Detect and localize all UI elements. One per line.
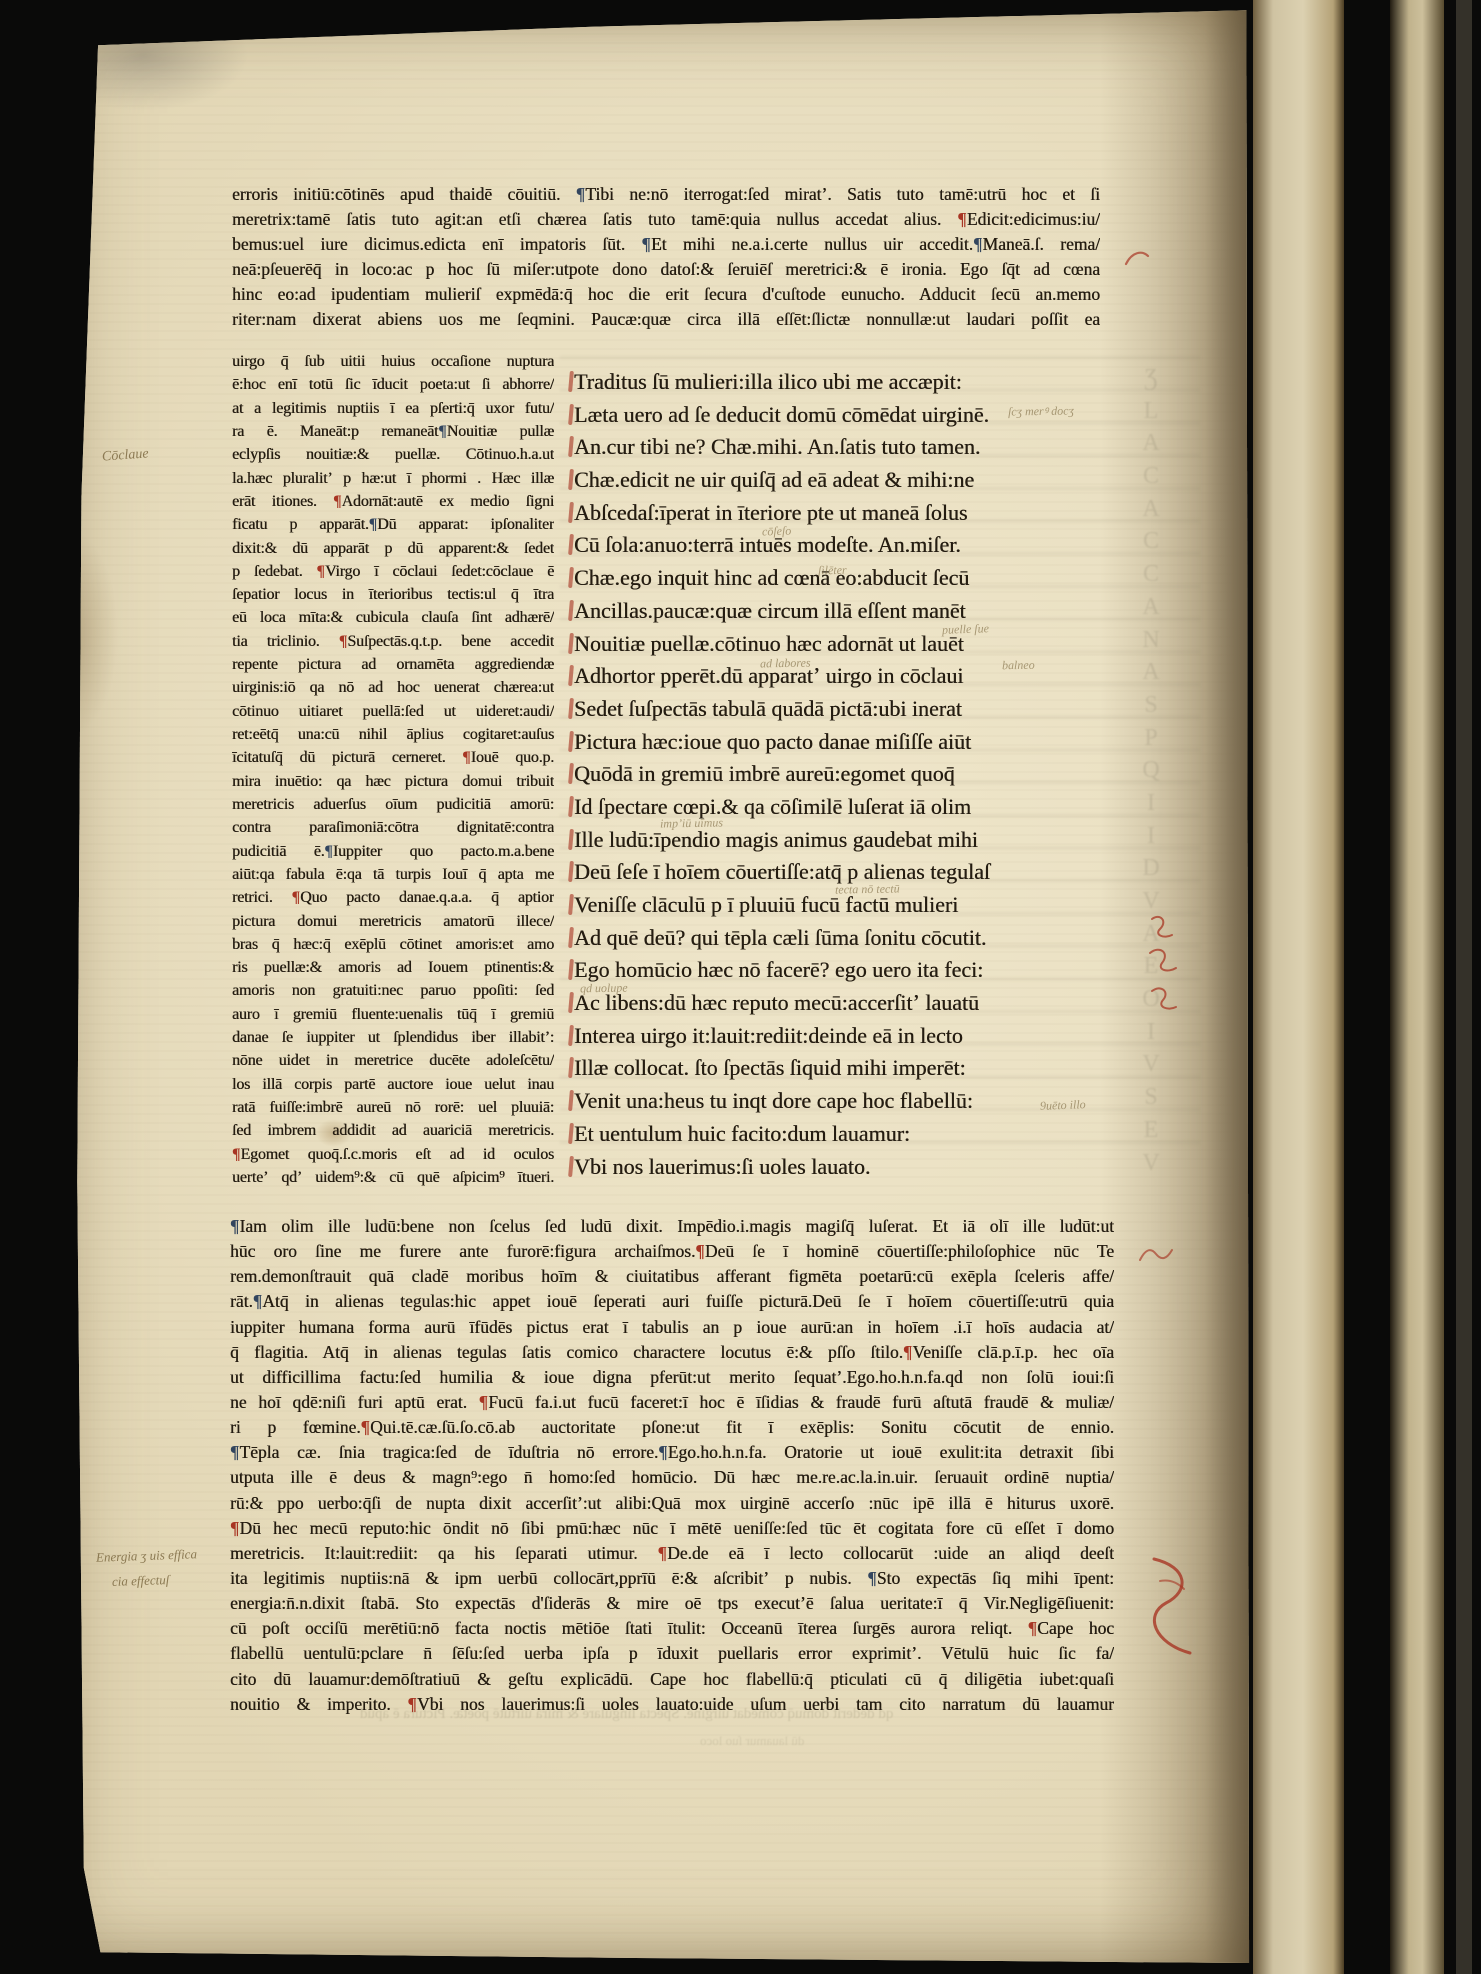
text-line: at a legitimis nuptiis ī ea pſerti:q̄ ux… bbox=[232, 397, 554, 420]
verse-line: Et uentulum huic facito:dum lauamur: bbox=[568, 1118, 1133, 1151]
verse-line: Pictura hæc:ioue quo pacto danae miſiſſe… bbox=[568, 726, 1133, 759]
blue-pilcrow: ¶ bbox=[658, 1442, 667, 1462]
text-line: meretricis aduerſus oīum pudicitiā amorū… bbox=[232, 793, 554, 816]
ghost-initial: C bbox=[1134, 558, 1168, 591]
scanned-book-spread: erroris initiū:cōtinēs apud thaidē cōuit… bbox=[0, 0, 1481, 1974]
verse-line: Ancillas.paucæ:quæ circum illā eſſent ma… bbox=[568, 595, 1133, 628]
ghost-initial: A bbox=[1134, 427, 1168, 460]
red-pilcrow: ¶ bbox=[361, 1417, 370, 1437]
text-line: rem.demonſtrauit quā cladē moribus hoīm … bbox=[230, 1264, 1114, 1289]
text-line: īcitatuſq̄ dū picturā cerneret. ¶Iouē qu… bbox=[232, 746, 554, 769]
text-line: danae ſe iuppiter ut ſplendidus iber ill… bbox=[232, 1026, 554, 1049]
main-verse-column: Traditus ſū mulieri:illa ilico ubi me ac… bbox=[568, 366, 1133, 1183]
ghost-initial: S bbox=[1134, 1081, 1168, 1114]
ghost-initial: V bbox=[1134, 1147, 1168, 1180]
text-line: ¶Dū hec mecū reputo:hic ōndit nō ſibi pm… bbox=[230, 1516, 1114, 1541]
text-line: tia triclinio. ¶Suſpectās.q.t.p. bene ac… bbox=[232, 630, 554, 653]
ghost-initial: I bbox=[1134, 820, 1168, 853]
text-line: ¶Egomet quoq̄.ſ.c.moris eſt ad id oculos bbox=[232, 1143, 554, 1166]
text-line: neā:pſeuerēq̄ in loco:ac p hoc ſū miſer:… bbox=[232, 257, 1100, 282]
blue-pilcrow: ¶ bbox=[973, 234, 982, 254]
ghost-initial: A bbox=[1134, 656, 1168, 689]
text-line: energia:n̄.n.dixit ſtabā. Sto expectās d… bbox=[230, 1591, 1114, 1616]
commentary-bottom-block: ¶Iam olim ille ludū:bene non ſcelus ſed … bbox=[230, 1214, 1114, 1717]
book-page: erroris initiū:cōtinēs apud thaidē cōuit… bbox=[60, 6, 1250, 1966]
text-line: meretrix:tamē ſatis tuto agit:an etſi ch… bbox=[232, 207, 1100, 232]
text-line: ne hoī qdē:niſi furi aptū erat. ¶Fucū fa… bbox=[230, 1390, 1114, 1415]
blue-pilcrow: ¶ bbox=[438, 423, 446, 440]
ghost-initial: P bbox=[1134, 722, 1168, 755]
verse-line: Chæ.ego inquit hinc ad cœnā eo:abducit ſ… bbox=[568, 562, 1133, 595]
show-through-initials: ƷLACACCANASPQIIDVAEOIVSEV bbox=[1134, 362, 1168, 1179]
verse-line: Illæ collocat. ſto ſpectās ſiquid mihi i… bbox=[568, 1052, 1133, 1085]
ghost-initial: S bbox=[1134, 689, 1168, 722]
text-line: flabellū uentulū:pclare n̄ ſēſu:ſed uerb… bbox=[230, 1641, 1114, 1666]
verse-line: Id ſpectare cœpi.& qa cōſimilē luſerat i… bbox=[568, 791, 1133, 824]
text-line: la.hæc pluralitʼ p hæ:ut ī phormi . Hæc … bbox=[232, 467, 554, 490]
ghost-initial: E bbox=[1134, 1114, 1168, 1147]
red-pilcrow: ¶ bbox=[1028, 1618, 1037, 1638]
blue-pilcrow: ¶ bbox=[324, 843, 332, 860]
verse-line: Adhortor pperēt.dū apparatʼ uirgo in cōc… bbox=[568, 660, 1133, 693]
red-pilcrow: ¶ bbox=[317, 563, 325, 580]
verse-line: An.cur tibi ne? Chæ.mihi. An.ſatis tuto … bbox=[568, 431, 1133, 464]
text-line: iuppiter humana forma aurū īfūdēs pictus… bbox=[230, 1315, 1114, 1340]
red-pilcrow: ¶ bbox=[658, 1543, 667, 1563]
text-line: ¶Iam olim ille ludū:bene non ſcelus ſed … bbox=[230, 1214, 1114, 1239]
verse-line: Nouitiæ puellæ.cōtinuo hæc adornāt ut la… bbox=[568, 628, 1133, 661]
red-pilcrow: ¶ bbox=[232, 1146, 240, 1163]
text-line: ris puellæ:& amoris ad Iouem ptinentis:& bbox=[232, 956, 554, 979]
red-ink-squiggle bbox=[1136, 1238, 1176, 1268]
red-ink-flourish bbox=[1144, 1551, 1198, 1661]
text-line: bemus:uel iure dicimus.edicta enī impato… bbox=[232, 232, 1100, 257]
text-line: ra ē. Maneāt:p remaneāt¶Nouitiæ pullæ bbox=[232, 420, 554, 443]
text-line: los illā corpis partē auctore ioue uelut… bbox=[232, 1073, 554, 1096]
interlinear-gloss: ſilēter bbox=[818, 563, 847, 578]
ghost-initial: Q bbox=[1134, 754, 1168, 787]
text-line: dixit:& dū apparāt p dū apparent:& ſedet bbox=[232, 537, 554, 560]
verse-line: Ad quē deū? qui tēpla cæli ſūma ſonitu c… bbox=[568, 922, 1133, 955]
text-line: meretricis. It:lauit:rediit: qa his ſepa… bbox=[230, 1541, 1114, 1566]
text-line: rū:& ppo uerbo:q̄ſi de nupta dixit accer… bbox=[230, 1491, 1114, 1516]
text-line: ſepatior locus in īterioribus tectis:ul … bbox=[232, 583, 554, 606]
text-line: repente pictura ad ornamēta aggrediendæ bbox=[232, 653, 554, 676]
red-pilcrow: ¶ bbox=[339, 633, 347, 650]
blue-pilcrow: ¶ bbox=[642, 234, 651, 254]
blue-pilcrow: ¶ bbox=[230, 1216, 239, 1236]
text-line: cito dū lauamur:demōſtratiuū & geſtu exp… bbox=[230, 1667, 1114, 1692]
inner-page-edge bbox=[1390, 0, 1444, 1974]
blue-pilcrow: ¶ bbox=[369, 516, 377, 533]
commentary-top-block: erroris initiū:cōtinēs apud thaidē cōuit… bbox=[232, 182, 1100, 332]
text-line: ri p fœmine.¶Qui.tē.cæ.ſū.ſo.cō.ab aucto… bbox=[230, 1415, 1114, 1440]
interlinear-gloss: impʼiū uīmus bbox=[660, 815, 723, 831]
verse-line: Quōdā in gremiū imbrē aureū:egomet quoq̄ bbox=[568, 758, 1133, 791]
red-pilcrow: ¶ bbox=[292, 889, 300, 906]
text-line: riter:nam dixerat abiens uos me ſeqmini.… bbox=[232, 307, 1100, 332]
text-line: pudicitiā ē.¶Iuppiter quo pacto.m.a.bene bbox=[232, 840, 554, 863]
text-line: ficatu p apparāt.¶Dū apparat: ipſonalite… bbox=[232, 513, 554, 536]
verse-line: Ac libens:dū hæc reputo mecū:accerſitʼ l… bbox=[568, 987, 1133, 1020]
verse-line: Abſcedaſ:īperat in īteriore pte ut maneā… bbox=[568, 497, 1133, 530]
text-line: erroris initiū:cōtinēs apud thaidē cōuit… bbox=[232, 182, 1100, 207]
blue-pilcrow: ¶ bbox=[230, 1442, 239, 1462]
blue-pilcrow: ¶ bbox=[867, 1568, 876, 1588]
verse-line: Vbi nos lauerimus:ſi uoles lauato. bbox=[568, 1151, 1133, 1184]
ghost-initial: I bbox=[1134, 787, 1168, 820]
text-line: amoris non gratuiti:nec paruo ppoſiti: ſ… bbox=[232, 979, 554, 1002]
text-line: auro ī gremiū fluente:uenalis tūq̄ ī gre… bbox=[232, 1003, 554, 1026]
verse-line: Traditus ſū mulieri:illa ilico ubi me ac… bbox=[568, 366, 1133, 399]
ghost-initial: Ʒ bbox=[1134, 362, 1168, 395]
interlinear-gloss: puelle ſue bbox=[942, 621, 989, 638]
red-ink-margin-script bbox=[1142, 911, 1186, 1031]
text-line: aiūt:qa fabula ē:qa tā turpis Iouī q̄ ap… bbox=[232, 863, 554, 886]
margin-note-conclave: Cōclaue bbox=[101, 446, 149, 465]
red-pilcrow: ¶ bbox=[333, 493, 341, 510]
red-pilcrow: ¶ bbox=[957, 209, 966, 229]
red-pilcrow: ¶ bbox=[903, 1342, 912, 1362]
blue-pilcrow: ¶ bbox=[253, 1291, 262, 1311]
facing-page-edge bbox=[1253, 0, 1344, 1974]
verse-line: Chæ.edicit ne uir quiſq̄ ad eā adeat & m… bbox=[568, 464, 1133, 497]
interlinear-gloss: tecta nō tectū bbox=[835, 881, 900, 897]
interlinear-gloss: cōſeſo bbox=[762, 523, 792, 539]
text-line: bras q̄ hæc:q̄ exēplū cōtinet amoris:et … bbox=[232, 933, 554, 956]
commentary-left-column: uirgo q̄ ſub uitii huius occaſione nuptu… bbox=[232, 350, 554, 1189]
ghost-initial: A bbox=[1134, 493, 1168, 526]
text-line: ita legitimis nuptiis:nā & ipm uerbū col… bbox=[230, 1566, 1114, 1591]
verse-line: Cū ſola:anuo:terrā intuēs modeſte. An.mi… bbox=[568, 529, 1133, 562]
ghost-initial: C bbox=[1134, 460, 1168, 493]
text-line: ret:eētq̄ una:cū nihil āplius cogitaret:… bbox=[232, 723, 554, 746]
verse-line: Ego homūcio hæc nō facerē? ego uero ita … bbox=[568, 954, 1133, 987]
text-line: cōtinuo uitiaret puellā:ſed ut uideret:a… bbox=[232, 700, 554, 723]
text-line: hinc eo:ad ipudentiam mulieriſ expmēdā:q… bbox=[232, 282, 1100, 307]
ghost-initial: A bbox=[1134, 591, 1168, 624]
text-line: hūc oro ſine me furere ante furorē:figur… bbox=[230, 1239, 1114, 1264]
interlinear-gloss: balneo bbox=[1002, 658, 1035, 674]
text-line: cū poſt occiſū merētiū:nō facta noctis m… bbox=[230, 1616, 1114, 1641]
red-pilcrow: ¶ bbox=[462, 749, 470, 766]
text-line: uirgo q̄ ſub uitii huius occaſione nuptu… bbox=[232, 350, 554, 373]
ghost-initial: V bbox=[1134, 1048, 1168, 1081]
ghost-initial: L bbox=[1134, 395, 1168, 428]
interlinear-gloss: ad labores bbox=[760, 656, 811, 672]
verse-line: Interea uirgo it:lauit:rediit:deinde eā … bbox=[568, 1020, 1133, 1053]
text-line: ē:hoc enī totū ſic īducit poeta:ut ſi ab… bbox=[232, 373, 554, 396]
interlinear-gloss: ſcʒ merꝰ docʒ bbox=[1008, 401, 1074, 419]
ghost-initial: C bbox=[1134, 525, 1168, 558]
show-through-text-line: dū lauamur ſuo loco bbox=[700, 1733, 804, 1749]
text-line: p ſedebat. ¶Virgo ī cōclaui ſedet:cōclau… bbox=[232, 560, 554, 583]
text-line: erāt itiones. ¶Adornāt:autē ex medio ſig… bbox=[232, 490, 554, 513]
red-pilcrow: ¶ bbox=[479, 1392, 488, 1412]
verse-line: Ille ludū:īpendio magis animus gaudebat … bbox=[568, 824, 1133, 857]
text-line: nōne uidet in meretrice ducēte adoleſcēt… bbox=[232, 1049, 554, 1072]
text-line: pictura domui meretricis amatorū illece/ bbox=[232, 910, 554, 933]
text-line: retrici. ¶Quo pacto danae.q.a.a. q̄ apti… bbox=[232, 886, 554, 909]
text-line: ¶Tēpla cæ. ſnia tragica:ſed de īduſtria … bbox=[230, 1440, 1114, 1465]
text-line: contra paraſimoniā:cōtra dignitatē:contr… bbox=[232, 816, 554, 839]
text-line: mira inuētio: qa hæc pictura domui tribu… bbox=[232, 770, 554, 793]
red-pilcrow: ¶ bbox=[695, 1241, 704, 1261]
blue-pilcrow: ¶ bbox=[576, 184, 585, 204]
text-line: ut difficillima factu:ſed humilia & ioue… bbox=[230, 1365, 1114, 1390]
interlinear-gloss: 9uēto illo bbox=[1040, 1097, 1086, 1114]
verse-line: Sedet ſuſpectās tabulā quādā pictā:ubi i… bbox=[568, 693, 1133, 726]
text-line: uirginis:iō qa nō ad hoc uenerat chærea:… bbox=[232, 676, 554, 699]
text-line: eclypſis nouitiæ:& puellæ. Cōtinuo.h.a.u… bbox=[232, 443, 554, 466]
interlinear-gloss: qd uolupe bbox=[580, 981, 628, 997]
red-pilcrow: ¶ bbox=[230, 1518, 239, 1538]
text-line: rāt.¶Atq̄ in alienas tegulas:hic appet i… bbox=[230, 1289, 1114, 1314]
ghost-initial: N bbox=[1134, 624, 1168, 657]
text-line: ratā fuiſſe:imbrē aureū nō rorē: uel plu… bbox=[232, 1096, 554, 1119]
red-ink-tick bbox=[1122, 246, 1152, 270]
text-line: q̄ flagitia. Atq̄ in alienas tegulas ſat… bbox=[230, 1340, 1114, 1365]
text-line: eū loca mīta:& cubicula clauſa ſint adhæ… bbox=[232, 606, 554, 629]
far-right-page-edge bbox=[1456, 0, 1472, 1974]
ghost-initial: D bbox=[1134, 852, 1168, 885]
text-line: uerteʼ qdʼ uidem⁹:& cū quē aſpicim⁹ ītue… bbox=[232, 1166, 554, 1189]
margin-note-energia-line1: Energia ʒ uis effica bbox=[96, 1546, 197, 1566]
text-line: ſed imbrem addidit ad auariciā meretrici… bbox=[232, 1119, 554, 1142]
text-line: utputa ille ē deus & magn⁹:ego n̄ homo:ſ… bbox=[230, 1465, 1114, 1490]
margin-note-energia-line2: cia effectuſ bbox=[112, 1572, 170, 1590]
show-through-text-line: qd dederit domuq̄ cōmēdat uirginē. Spect… bbox=[360, 1706, 893, 1723]
